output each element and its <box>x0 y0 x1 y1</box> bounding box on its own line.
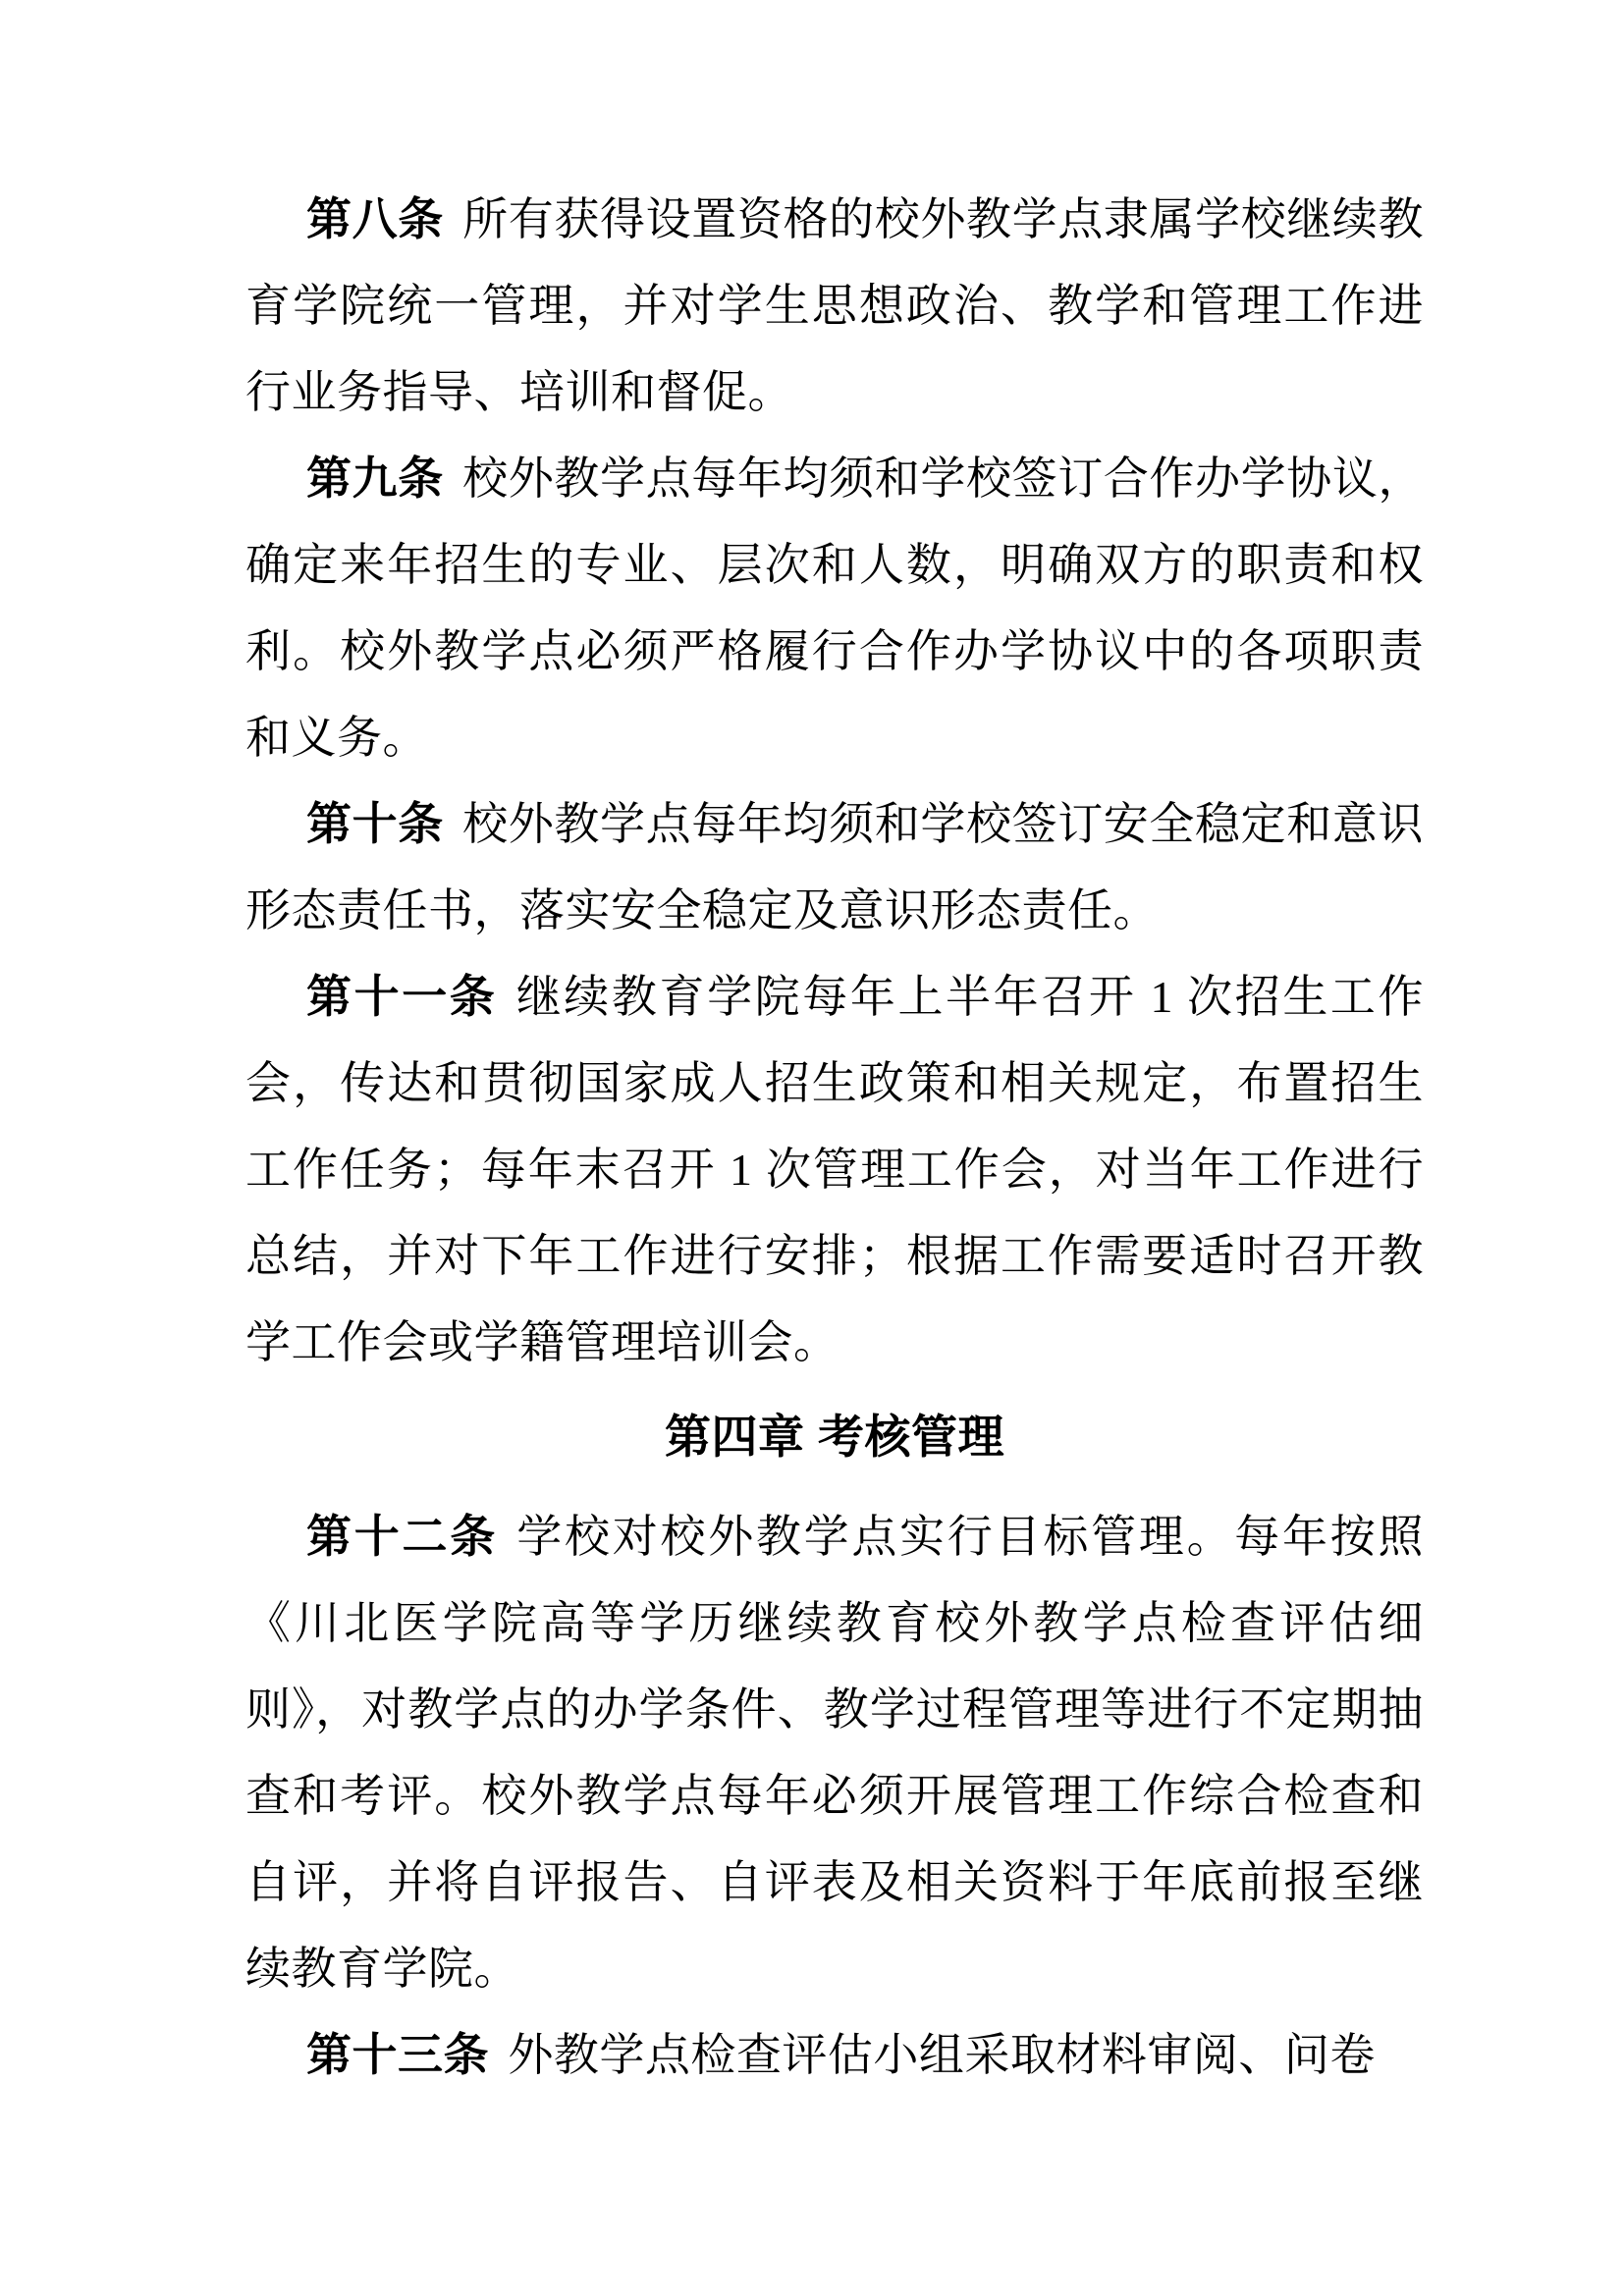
article-11-text: 继续教育学院每年上半年召开 1 次招生工作会，传达和贯彻国家成人招生政策和相关规… <box>245 972 1424 1367</box>
article-11-number: 第十一条 <box>306 972 497 1022</box>
article-13-number: 第十三条 <box>306 2030 489 2080</box>
chapter-heading: 第四章 考核管理 <box>245 1394 1424 1480</box>
paragraph-article-10: 第十条校外教学点每年均须和学校签订安全稳定和意识形态责任书，落实安全稳定及意识形… <box>245 781 1424 954</box>
article-9-number: 第九条 <box>306 454 444 504</box>
document-page: 第八条所有获得设置资格的校外教学点隶属学校继续教育学院统一管理，并对学生思想政治… <box>0 0 1624 2296</box>
paragraph-article-11: 第十一条继续教育学院每年上半年召开 1 次招生工作会，传达和贯彻国家成人招生政策… <box>245 954 1424 1386</box>
document-page-body: { "page": { "background": "#ffffff", "te… <box>0 0 1624 2296</box>
article-13-text: 外教学点检查评估小组采取材料审阅、问卷 <box>508 2030 1376 2080</box>
article-12-text: 学校对校外教学点实行目标管理。每年按照《川北医学院高等学历继续教育校外教学点检查… <box>245 1512 1424 1994</box>
paragraph-article-9: 第九条校外教学点每年均须和学校签订合作办学协议，确定来年招生的专业、层次和人数，… <box>245 436 1424 781</box>
paragraph-article-13: 第十三条外教学点检查评估小组采取材料审阅、问卷 <box>245 2012 1424 2099</box>
paragraph-article-8: 第八条所有获得设置资格的校外教学点隶属学校继续教育学院统一管理，并对学生思想政治… <box>245 177 1424 436</box>
paragraph-article-12: 第十二条学校对校外教学点实行目标管理。每年按照《川北医学院高等学历继续教育校外教… <box>245 1494 1424 2012</box>
document-content: 第八条所有获得设置资格的校外教学点隶属学校继续教育学院统一管理，并对学生思想政治… <box>245 177 1424 2099</box>
article-8-number: 第八条 <box>306 194 444 244</box>
article-10-number: 第十条 <box>306 799 444 849</box>
article-12-number: 第十二条 <box>306 1512 498 1562</box>
